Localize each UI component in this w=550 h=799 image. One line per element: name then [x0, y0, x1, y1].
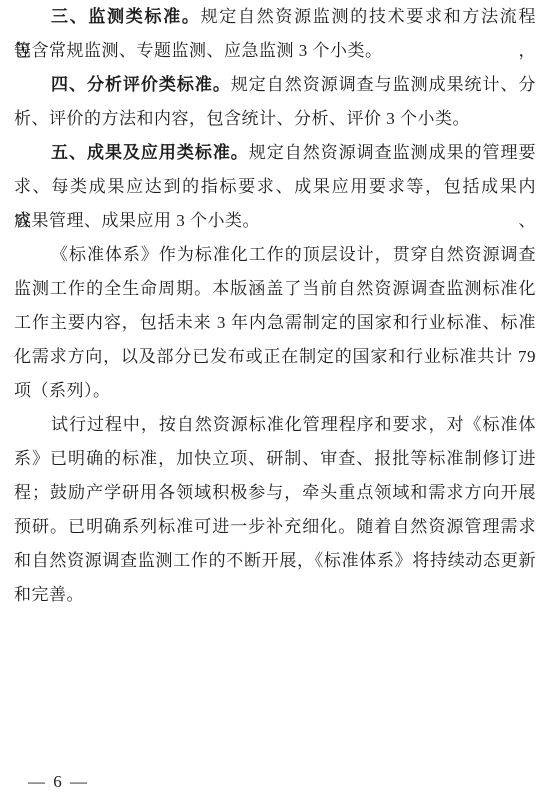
text-run: 包含常规监测、专题监测、应急监测 3 个小类。: [14, 41, 383, 60]
text-line: 和完善。: [14, 578, 536, 612]
page-number: — 6 —: [28, 772, 89, 791]
paragraph: 五、成果及应用类标准。规定自然资源调查监测成果的管理要求、每类成果应达到的指标要…: [14, 136, 536, 238]
text-line: 求、每类成果应达到的指标要求、成果应用要求等，包括成果内容、: [14, 170, 536, 204]
text-line: 和自然资源调查监测工作的不断开展，《标准体系》将持续动态更新: [14, 544, 536, 578]
text-run: 工作主要内容，包括未来 3 年内急需制定的国家和行业标准、标准: [14, 313, 536, 332]
text-run: 《标准体系》作为标准化工作的顶层设计，贯穿自然资源调查: [51, 245, 536, 264]
paragraph: 三、监测类标准。规定自然资源监测的技术要求和方法流程等，包含常规监测、专题监测、…: [14, 0, 536, 68]
text-run: 成果管理、成果应用 3 个小类。: [14, 211, 260, 230]
text-line: 五、成果及应用类标准。规定自然资源调查监测成果的管理要: [14, 136, 536, 170]
text-line: 程；鼓励产学研用各领域积极参与，牵头重点领域和需求方向开展: [14, 476, 536, 510]
text-run: 和完善。: [14, 585, 84, 604]
text-line: 试行过程中，按自然资源标准化管理程序和要求，对《标准体: [14, 408, 536, 442]
text-run: 程；鼓励产学研用各领域积极参与，牵头重点领域和需求方向开展: [14, 483, 536, 502]
text-line: 系》已明确的标准，加快立项、研制、审查、报批等标准制修订进: [14, 442, 536, 476]
section-heading-run: 三、监测类标准。: [51, 7, 201, 26]
text-line: 析、评价的方法和内容，包含统计、分析、评价 3 个小类。: [14, 102, 536, 136]
text-run: 规定自然资源调查与监测成果统计、分: [231, 75, 536, 94]
document-body: 三、监测类标准。规定自然资源监测的技术要求和方法流程等，包含常规监测、专题监测、…: [14, 0, 536, 612]
text-run: 和自然资源调查监测工作的不断开展，《标准体系》将持续动态更新: [14, 551, 536, 570]
text-line: 化需求方向，以及部分已发布或正在制定的国家和行业标准共计 79: [14, 340, 536, 374]
text-line: 预研。已明确系列标准可进一步补充细化。随着自然资源管理需求: [14, 510, 536, 544]
section-heading-run: 四、分析评价类标准。: [51, 75, 231, 94]
paragraph: 试行过程中，按自然资源标准化管理程序和要求，对《标准体系》已明确的标准，加快立项…: [14, 408, 536, 612]
paragraph: 《标准体系》作为标准化工作的顶层设计，贯穿自然资源调查监测工作的全生命周期。本版…: [14, 238, 536, 408]
text-run: 试行过程中，按自然资源标准化管理程序和要求，对《标准体: [51, 415, 536, 434]
text-run: 化需求方向，以及部分已发布或正在制定的国家和行业标准共计 79: [14, 347, 536, 366]
text-run: 规定自然资源调查监测成果的管理要: [249, 143, 536, 162]
text-run: 监测工作的全生命周期。本版涵盖了当前自然资源调查监测标准化: [14, 279, 536, 298]
section-heading-run: 五、成果及应用类标准。: [51, 143, 249, 162]
page-footer: — 6 —: [28, 772, 89, 792]
text-run: 析、评价的方法和内容，包含统计、分析、评价 3 个小类。: [14, 109, 470, 128]
document-page: 三、监测类标准。规定自然资源监测的技术要求和方法流程等，包含常规监测、专题监测、…: [0, 0, 550, 799]
text-run: 项（系列）。: [14, 381, 111, 400]
text-line: 监测工作的全生命周期。本版涵盖了当前自然资源调查监测标准化: [14, 272, 536, 306]
text-line: 《标准体系》作为标准化工作的顶层设计，贯穿自然资源调查: [14, 238, 536, 272]
text-run: 系》已明确的标准，加快立项、研制、审查、报批等标准制修订进: [14, 449, 536, 468]
text-line: 四、分析评价类标准。规定自然资源调查与监测成果统计、分: [14, 68, 536, 102]
text-line: 项（系列）。: [14, 374, 536, 408]
text-run: 预研。已明确系列标准可进一步补充细化。随着自然资源管理需求: [14, 517, 536, 536]
text-line: 工作主要内容，包括未来 3 年内急需制定的国家和行业标准、标准: [14, 306, 536, 340]
paragraph: 四、分析评价类标准。规定自然资源调查与监测成果统计、分析、评价的方法和内容，包含…: [14, 68, 536, 136]
text-line: 三、监测类标准。规定自然资源监测的技术要求和方法流程等，: [14, 0, 536, 34]
